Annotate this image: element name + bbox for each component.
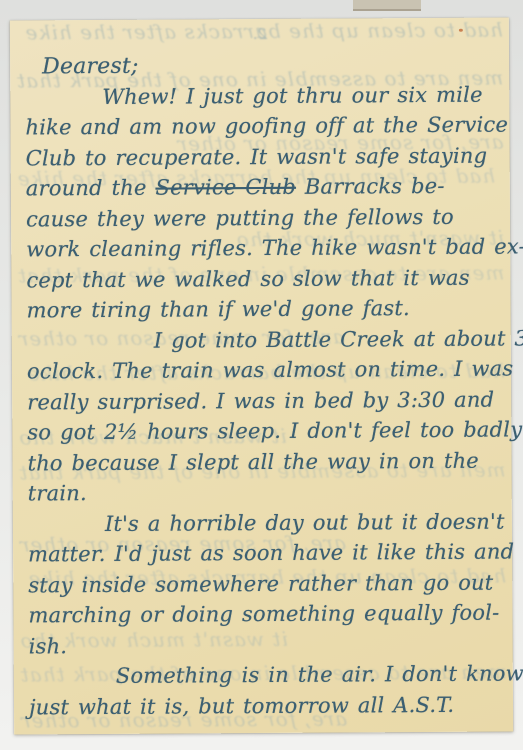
scanned-letter-page: { "colors": { "paper": "#ecdfb4", "ink":…: [0, 0, 523, 750]
scan-artifact-adjacent-page-edge: [353, 0, 421, 11]
handwritten-text: Dearest; Whew! I just got thru our six m…: [25, 52, 508, 726]
ink-speck: [459, 29, 463, 32]
letter-line: hike and am now goofing off at the Servi…: [25, 113, 504, 146]
letter-line: really surprised. I was in bed by 3:30 a…: [27, 387, 506, 420]
letter-line: matter. I'd just as soon have it like th…: [28, 540, 507, 573]
letter-line: Whew! I just got thru our six mile: [25, 82, 504, 115]
letter-line: so got 2½ hours sleep. I don't feel too …: [27, 418, 506, 451]
letter-line: It's a horrible day out but it doesn't: [28, 509, 507, 542]
letter-line: I got into Battle Creek at about 3:00: [27, 326, 506, 359]
letter-line: cept that we walked so slow that it was: [26, 265, 505, 298]
strike-line-post: Barracks be-: [296, 174, 445, 199]
strike-line-pre: around the: [26, 176, 156, 201]
letter-line: train.: [28, 479, 507, 512]
letter-line: ish.: [29, 631, 508, 664]
bleedthrough-page-number: 2.: [252, 25, 266, 43]
letter-line-with-strikethrough: around the Service Club Barracks be-: [26, 174, 505, 207]
struck-out-words: Service Club: [155, 175, 296, 200]
letter-paper: 2. men are to assemble in one of the par…: [10, 17, 513, 734]
letter-line: cause they were putting the fellows to: [26, 204, 505, 237]
salutation: Dearest;: [25, 52, 504, 85]
letter-line: marching or doing something equally fool…: [28, 601, 507, 634]
letter-line: more tiring than if we'd gone fast.: [27, 296, 506, 329]
letter-line: tho because I slept all the way in on th…: [27, 448, 506, 481]
bleedthrough-line: had to clean up the barracks after the h…: [16, 18, 503, 45]
letter-line: just what it is, but tomorrow all A.S.T.: [29, 692, 508, 725]
letter-line: work cleaning rifles. The hike wasn't ba…: [26, 235, 505, 268]
letter-line: stay inside somewhere rather than go out: [28, 570, 507, 603]
letter-line: Something is in the air. I don't know: [29, 662, 508, 695]
letter-line: oclock. The train was almost on time. I …: [27, 357, 506, 390]
letter-line: Club to recuperate. It wasn't safe stayi…: [26, 143, 505, 176]
